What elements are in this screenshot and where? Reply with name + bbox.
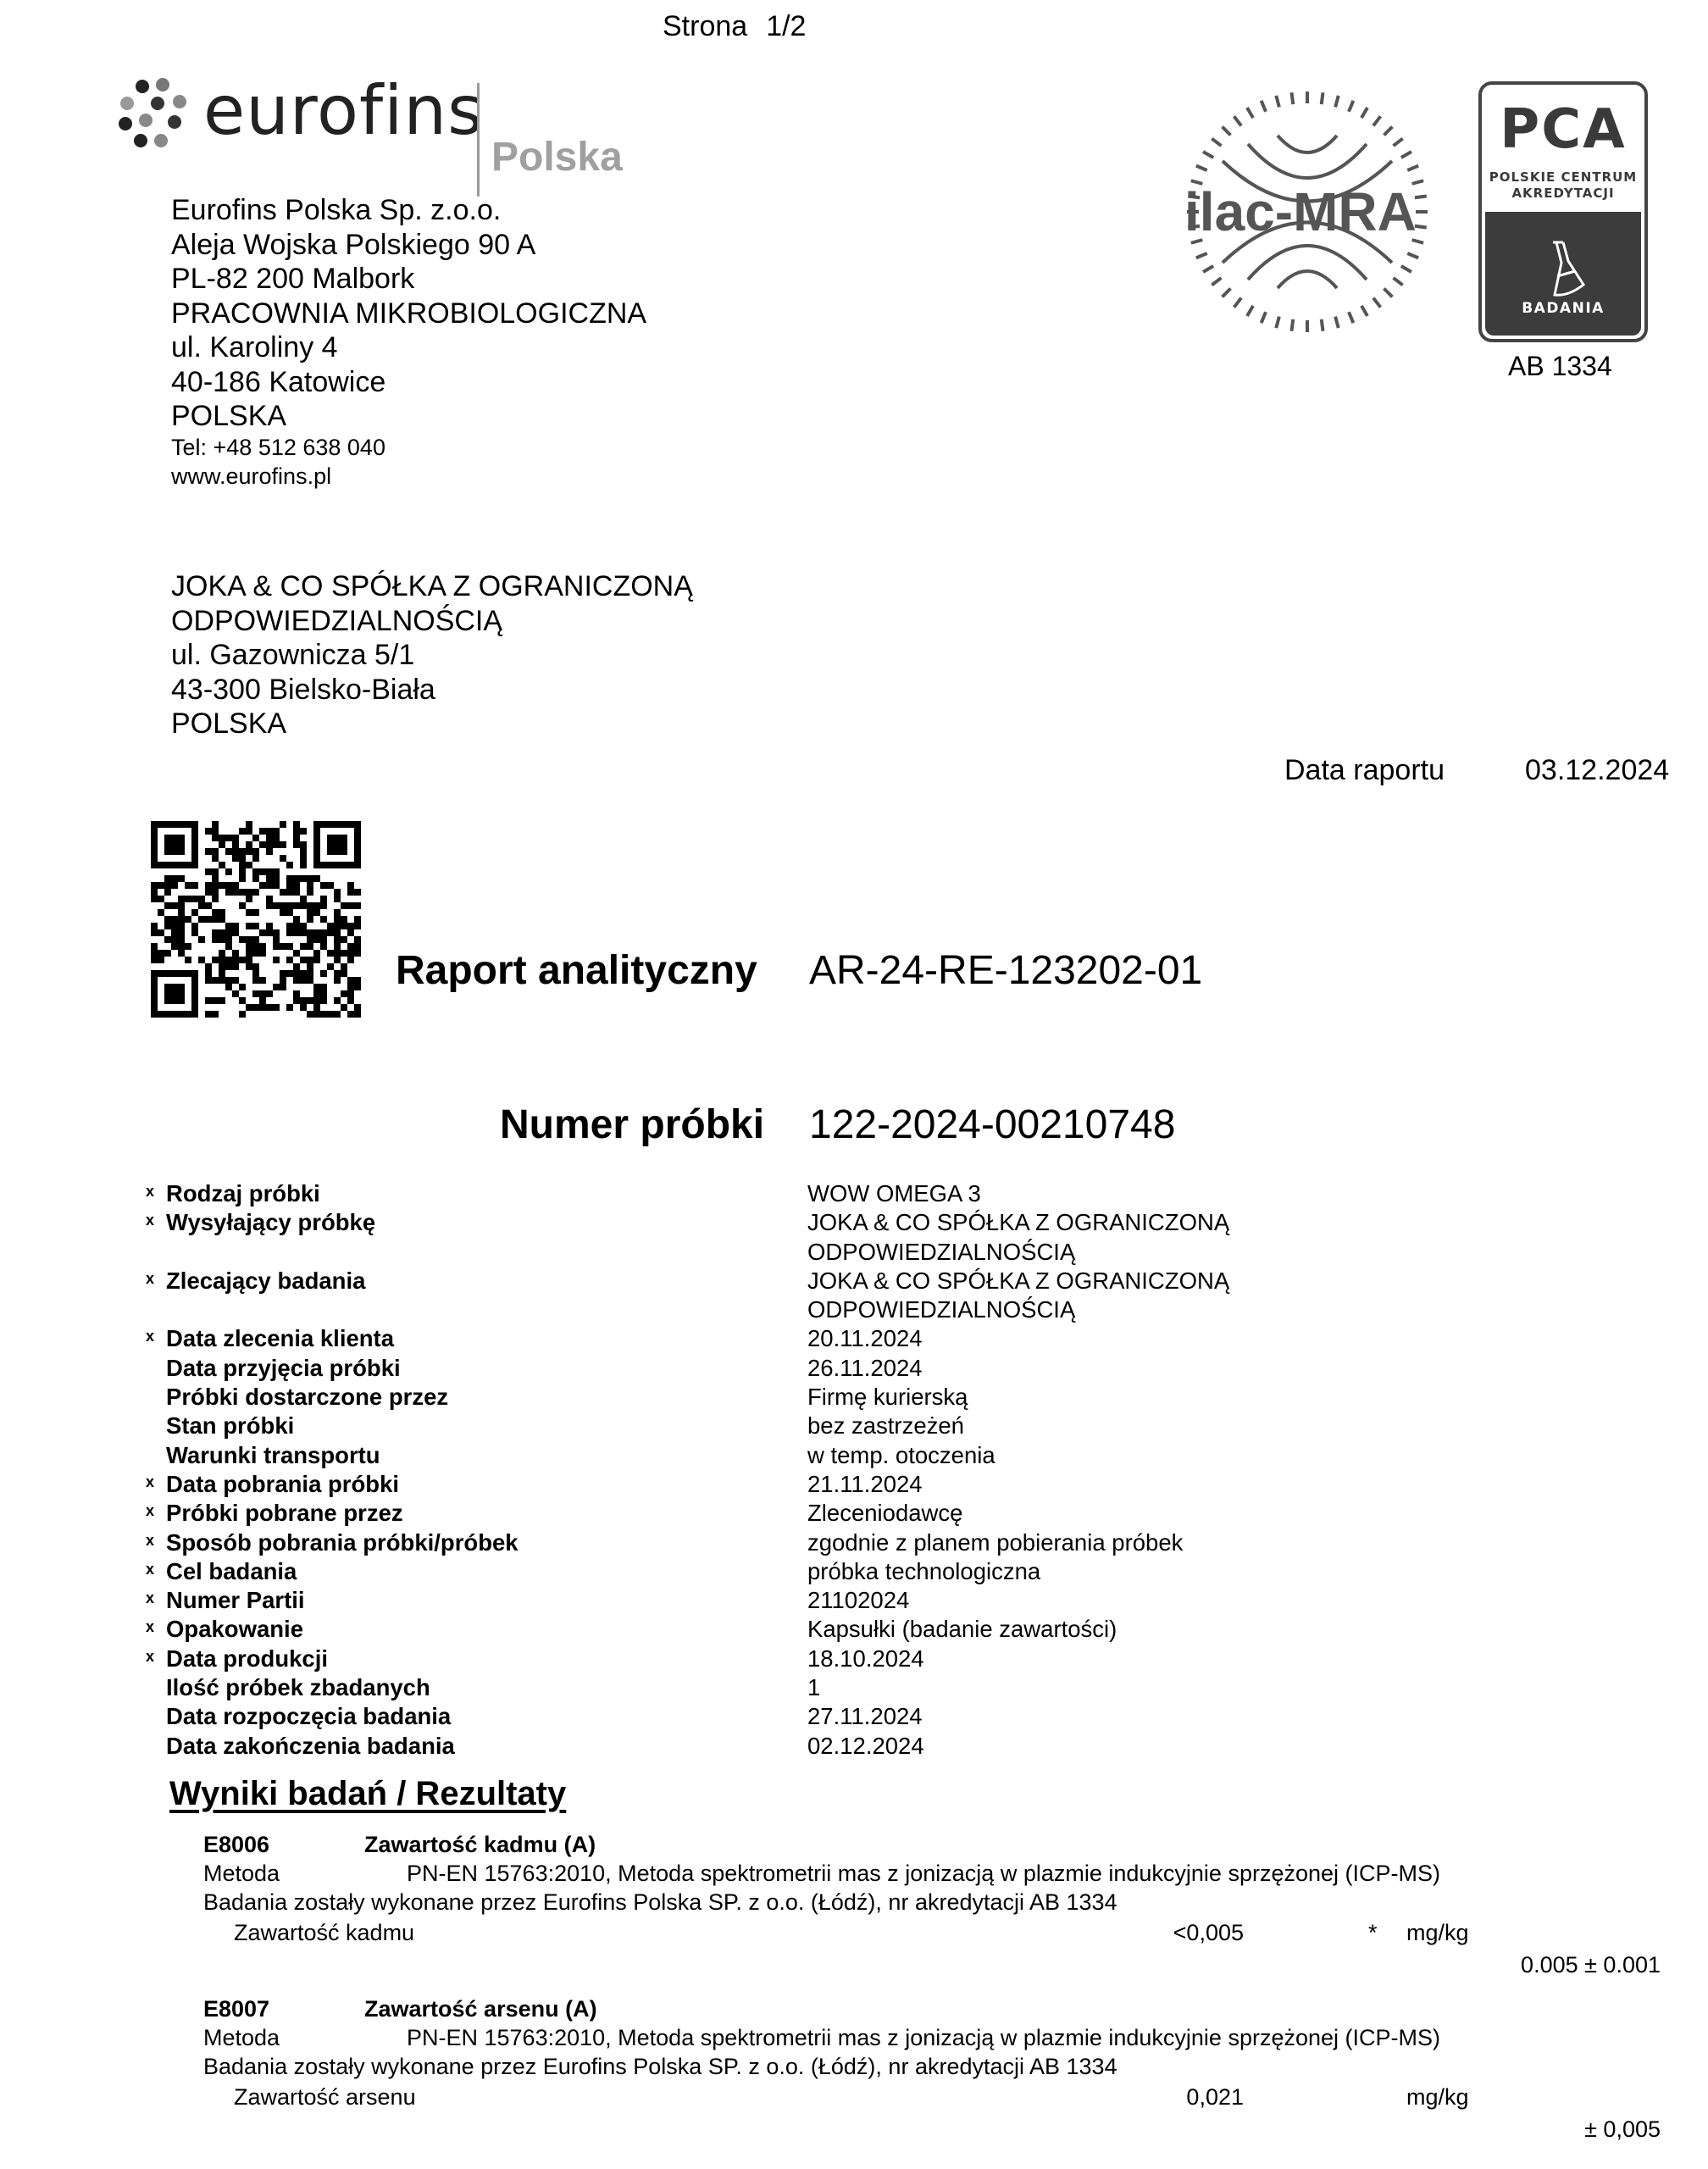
report-title: Raport analityczny	[396, 947, 757, 994]
page-value: 1/2	[766, 10, 806, 42]
required-mark	[146, 1441, 166, 1470]
lab-website: www.eurofins.pl	[171, 463, 331, 491]
method-label: Metoda	[203, 2025, 280, 2051]
detail-label: Wysyłający próbkę	[166, 1208, 807, 1267]
detail-row: Stan próbkibez zastrzeżeń	[146, 1412, 1417, 1440]
detail-value: JOKA & CO SPÓŁKA Z OGRANICZONĄ ODPOWIEDZ…	[807, 1208, 1229, 1267]
detail-label: Data zakończenia badania	[166, 1732, 807, 1761]
recipient-line: JOKA & CO SPÓŁKA Z OGRANICZONĄ	[171, 569, 693, 604]
detail-row: Data przyjęcia próbki26.11.2024	[146, 1354, 1417, 1383]
flask-icon	[1534, 237, 1602, 305]
required-mark	[146, 1412, 166, 1440]
result-value: <0,005	[1142, 1920, 1244, 1946]
pca-subtitle-line: AKREDYTACJI	[1482, 186, 1644, 202]
logo-wordmark: eurofins	[203, 71, 484, 150]
detail-value: 02.12.2024	[807, 1732, 924, 1761]
pca-subtitle-line: POLSKIE CENTRUM	[1482, 169, 1644, 186]
detail-row: xData pobrania próbki21.11.2024	[146, 1470, 1417, 1499]
detail-value: Zleceniodawcę	[807, 1499, 962, 1528]
detail-label: Data produkcji	[166, 1645, 807, 1673]
detail-label: Data przyjęcia próbki	[166, 1354, 807, 1383]
detail-value: 21102024	[807, 1586, 909, 1615]
detail-value: WOW OMEGA 3	[807, 1179, 981, 1208]
required-mark: x	[146, 1267, 166, 1325]
parameter-name: Zawartość kadmu	[234, 1920, 414, 1946]
method-value: PN-EN 15763:2010, Metoda spektrometrii m…	[407, 2025, 1440, 2051]
test-code: E8007	[203, 1996, 269, 2022]
test-code: E8006	[203, 1832, 269, 1858]
sample-number-label: Numer próbki	[500, 1101, 764, 1148]
performed-by: Badania zostały wykonane przez Eurofins …	[203, 1889, 1117, 1916]
required-mark: x	[146, 1324, 166, 1353]
detail-label: Data rozpoczęcia badania	[166, 1702, 807, 1731]
report-date-label: Data raportu	[1284, 754, 1445, 787]
sample-details: xRodzaj próbkiWOW OMEGA 3xWysyłający pró…	[146, 1179, 1417, 1761]
detail-value: Firmę kurierską	[807, 1383, 968, 1412]
required-mark: x	[146, 1208, 166, 1267]
required-mark: x	[146, 1528, 166, 1557]
required-mark	[146, 1673, 166, 1702]
detail-label: Cel badania	[166, 1557, 807, 1586]
method-label: Metoda	[203, 1861, 280, 1887]
lab-address-line: ul. Karoliny 4	[171, 330, 338, 365]
detail-value: 18.10.2024	[807, 1645, 924, 1673]
lab-address-line: POLSKA	[171, 399, 286, 434]
lab-address-line: PRACOWNIA MIKROBIOLOGICZNA	[171, 297, 646, 331]
required-mark: x	[146, 1470, 166, 1499]
eurofins-logo: eurofins	[119, 78, 474, 163]
test-block: E8006Zawartość kadmu (A)MetodaPN-EN 1576…	[203, 1832, 1661, 2001]
required-mark	[146, 1383, 166, 1412]
detail-row: Próbki dostarczone przezFirmę kurierską	[146, 1383, 1417, 1412]
detail-value: w temp. otoczenia	[807, 1441, 995, 1470]
test-name: Zawartość arsenu (A)	[364, 1996, 597, 2022]
page-number: Strona1/2	[663, 10, 806, 43]
detail-row: xWysyłający próbkęJOKA & CO SPÓŁKA Z OGR…	[146, 1208, 1417, 1267]
detail-row: xCel badaniapróbka technologiczna	[146, 1557, 1417, 1586]
detail-row: xData zlecenia klienta20.11.2024	[146, 1324, 1417, 1353]
detail-value: 1	[807, 1673, 820, 1702]
detail-label: Stan próbki	[166, 1412, 807, 1440]
required-mark: x	[146, 1645, 166, 1673]
detail-row: xNumer Partii21102024	[146, 1586, 1417, 1615]
lab-phone: Tel: +48 512 638 040	[171, 434, 385, 462]
required-mark: x	[146, 1615, 166, 1644]
detail-value: bez zastrzeżeń	[807, 1412, 964, 1440]
eurofins-dots-icon	[119, 78, 190, 149]
required-mark: x	[146, 1586, 166, 1615]
detail-label: Rodzaj próbki	[166, 1179, 807, 1208]
detail-row: xPróbki pobrane przezZleceniodawcę	[146, 1499, 1417, 1528]
lab-address-line: 40-186 Katowice	[171, 365, 385, 400]
detail-label: Data zlecenia klienta	[166, 1324, 807, 1353]
recipient-line: POLSKA	[171, 707, 286, 741]
detail-label: Zlecający badania	[166, 1267, 807, 1325]
detail-row: Data zakończenia badania02.12.2024	[146, 1732, 1417, 1761]
ilac-mra-icon: ilac-MRA	[1184, 85, 1430, 339]
detail-value: Kapsułki (badanie zawartości)	[807, 1615, 1117, 1644]
lab-address-line: Eurofins Polska Sp. z.o.o.	[171, 193, 501, 228]
results-heading: Wyniki badań / Rezultaty	[169, 1775, 566, 1813]
result-value: 0,021	[1142, 2084, 1244, 2111]
lab-address-line: Aleja Wojska Polskiego 90 A	[171, 228, 535, 263]
detail-label: Opakowanie	[166, 1615, 807, 1644]
recipient-line: ul. Gazownicza 5/1	[171, 638, 414, 673]
sample-number: 122-2024-00210748	[809, 1101, 1175, 1148]
detail-value: zgodnie z planem pobierania próbek	[807, 1528, 1183, 1557]
pca-subtitle: POLSKIE CENTRUM AKREDYTACJI	[1482, 169, 1644, 202]
detail-row: Ilość próbek zbadanych1	[146, 1673, 1417, 1702]
pca-badge: PCA POLSKIE CENTRUM AKREDYTACJI BADANIA	[1478, 81, 1648, 342]
report-date: 03.12.2024	[1525, 754, 1669, 787]
accreditation-number: AB 1334	[1508, 351, 1612, 382]
detail-value: 26.11.2024	[807, 1354, 923, 1383]
detail-label: Ilość próbek zbadanych	[166, 1673, 807, 1702]
detail-label: Próbki pobrane przez	[166, 1499, 807, 1528]
test-block: E8007Zawartość arsenu (A)MetodaPN-EN 157…	[203, 1996, 1661, 2166]
pca-dark-panel: BADANIA	[1485, 212, 1641, 336]
required-mark: x	[146, 1179, 166, 1208]
detail-value: 21.11.2024	[807, 1470, 923, 1499]
detail-value: 27.11.2024	[807, 1702, 923, 1731]
detail-row: Data rozpoczęcia badania27.11.2024	[146, 1702, 1417, 1731]
pca-category: BADANIA	[1485, 300, 1641, 317]
report-code: AR-24-RE-123202-01	[809, 947, 1202, 994]
result-uncertainty: ± 0,005	[203, 2116, 1661, 2143]
result-unit: mg/kg	[1406, 2084, 1469, 2111]
logo-divider	[477, 83, 480, 197]
result-uncertainty: 0.005 ± 0.001	[203, 1952, 1661, 1978]
detail-label: Data pobrania próbki	[166, 1470, 807, 1499]
detail-row: xRodzaj próbkiWOW OMEGA 3	[146, 1179, 1417, 1208]
detail-label: Sposób pobrania próbki/próbek	[166, 1528, 807, 1557]
page-label: Strona	[663, 10, 747, 42]
detail-value: 20.11.2024	[807, 1324, 923, 1353]
performed-by: Badania zostały wykonane przez Eurofins …	[203, 2054, 1117, 2080]
detail-row: xOpakowanieKapsułki (badanie zawartości)	[146, 1615, 1417, 1644]
recipient-line: ODPOWIEDZIALNOŚCIĄ	[171, 604, 502, 639]
required-mark: x	[146, 1557, 166, 1586]
method-value: PN-EN 15763:2010, Metoda spektrometrii m…	[407, 1861, 1440, 1887]
detail-label: Numer Partii	[166, 1586, 807, 1615]
detail-value: próbka technologiczna	[807, 1557, 1040, 1586]
detail-label: Próbki dostarczone przez	[166, 1383, 807, 1412]
pca-title: PCA	[1482, 98, 1644, 161]
logo-country: Polska	[491, 134, 623, 180]
result-unit: mg/kg	[1406, 1920, 1469, 1946]
required-mark	[146, 1702, 166, 1731]
detail-label: Warunki transportu	[166, 1441, 807, 1470]
recipient-line: 43-300 Bielsko-Biała	[171, 673, 435, 707]
detail-row: xSposób pobrania próbki/próbekzgodnie z …	[146, 1528, 1417, 1557]
parameter-name: Zawartość arsenu	[234, 2084, 416, 2111]
required-mark	[146, 1732, 166, 1761]
detail-row: xZlecający badaniaJOKA & CO SPÓŁKA Z OGR…	[146, 1267, 1417, 1325]
test-name: Zawartość kadmu (A)	[364, 1832, 596, 1858]
svg-text:ilac-MRA: ilac-MRA	[1184, 181, 1417, 242]
lab-address-line: PL-82 200 Malbork	[171, 262, 414, 297]
detail-row: Warunki transportuw temp. otoczenia	[146, 1441, 1417, 1470]
required-mark: x	[146, 1499, 166, 1528]
qr-code-icon	[151, 820, 361, 1018]
detail-row: xData produkcji18.10.2024	[146, 1645, 1417, 1673]
result-flag: *	[1368, 1920, 1378, 1946]
detail-value: JOKA & CO SPÓŁKA Z OGRANICZONĄ ODPOWIEDZ…	[807, 1267, 1229, 1325]
required-mark	[146, 1354, 166, 1383]
